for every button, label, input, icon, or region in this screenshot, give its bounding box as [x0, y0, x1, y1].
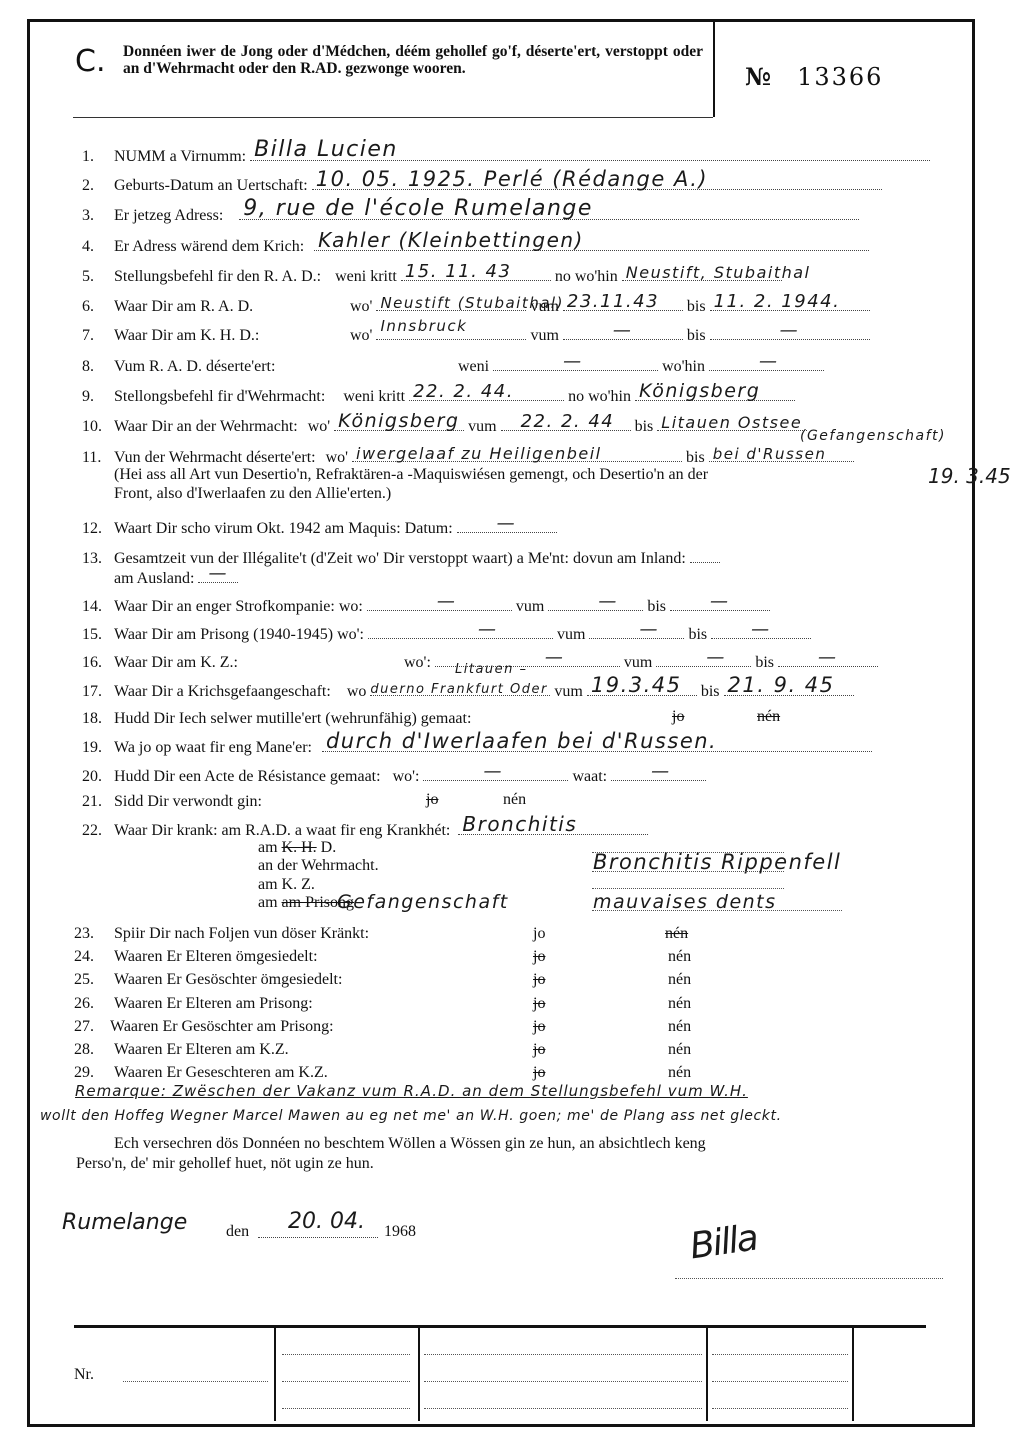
field-label: Er jetzeg Adress: — [114, 207, 223, 225]
field-label: Waaren Er Elteren ömgesiedelt: — [114, 948, 318, 965]
maquis-date-input[interactable]: — — [457, 518, 557, 533]
label-vum: vum — [516, 598, 544, 615]
handwritten-value: — — [483, 761, 503, 782]
field-label: Waar Dir am K. Z.: — [114, 654, 400, 672]
rad-order-date-input[interactable]: 15. 11. 43 — [401, 266, 551, 281]
wehrmacht-order-date-input[interactable]: 22. 2. 44. — [409, 386, 564, 401]
handwritten-value: Litauen Ostsee — [661, 413, 802, 432]
footer-cell[interactable] — [282, 1408, 410, 1409]
field-label: Gesamtzeit vun der Illégalite't (d'Zeit … — [114, 550, 686, 568]
label-wo: wo' — [326, 449, 348, 466]
rad-from-input[interactable]: 23.11.43 — [563, 296, 683, 311]
handwritten-value: 10. 05. 1925. Perlé (Rédange A.) — [316, 167, 708, 191]
field-label: Waaren Er Elteren am Prisong: — [114, 995, 313, 1012]
field-number: 4. — [82, 238, 114, 256]
year-label: 1968 — [384, 1223, 416, 1241]
handwritten-value: 20. 04. — [288, 1209, 365, 1234]
label-wo: wo' — [308, 418, 330, 435]
field-label: Waar Dir am K. H. D.: — [114, 327, 346, 345]
field-number: 5. — [82, 268, 114, 286]
field-label: am Ausland: — [114, 570, 194, 587]
khd-to-input[interactable]: — — [710, 325, 870, 340]
rad-destination-input[interactable]: Neustift, Stubaithal — [622, 266, 782, 281]
handwritten-value: — — [651, 761, 671, 782]
field-number: 3. — [82, 207, 114, 225]
place-signed[interactable]: Rumelange — [62, 1210, 187, 1235]
handwritten-value: — — [706, 647, 726, 668]
field-label: Waaren Er Gesöschter ömgesiedelt: — [114, 971, 342, 988]
footer-col-divider — [418, 1328, 420, 1421]
handwritten-value: Neustift, Stubaithal — [626, 263, 811, 282]
handwritten-value: — — [780, 320, 800, 341]
field-number: 6. — [82, 298, 114, 316]
handwritten-value: 22. 2. 44 — [521, 411, 615, 432]
handwritten-value: 23.11.43 — [567, 291, 659, 312]
section-letter: C. — [75, 44, 105, 79]
handwritten-value: duerno Frankfurt Oder — [370, 682, 547, 697]
khd-place-input[interactable]: Innsbruck — [376, 325, 526, 340]
penal-company-from-input[interactable]: — — [548, 596, 643, 611]
field-22: 22.Waar Dir krank: am R.A.D. a waat fir … — [82, 820, 648, 840]
footer-cell[interactable] — [424, 1408, 702, 1409]
field-label: Waar Dir am Prisong (1940-1945) — [114, 626, 333, 644]
desert-to-input[interactable]: bei d'Russen — [709, 447, 854, 462]
footer-col-divider — [706, 1328, 708, 1421]
kz-from-input[interactable]: — — [656, 652, 751, 667]
address-input[interactable]: 9, rue de l'école Rumelange — [239, 205, 859, 220]
label-wo: wo' — [350, 298, 372, 315]
nr-input[interactable] — [123, 1381, 268, 1382]
footer-cell[interactable] — [424, 1354, 702, 1355]
desert-place-input[interactable]: iwergelaaf zu Heiligenbeil — [352, 447, 682, 462]
field-label: Wa jo op waat fir eng Mane'er: — [114, 739, 312, 757]
label-wo: wo: — [339, 598, 363, 615]
handwritten-value: — — [751, 619, 771, 640]
field-7: 7.Waar Dir am K. H. D.: wo' Innsbruck vu… — [82, 325, 870, 345]
handwritten-value: — — [818, 647, 838, 668]
field-number: 20. — [82, 768, 114, 786]
option-jo-struck[interactable]: jo — [672, 708, 684, 726]
field-label: Waar Dir krank: am R.A.D. a waat fir eng… — [114, 822, 450, 840]
handwritten-value: Innsbruck — [380, 317, 467, 335]
prison-place-input[interactable]: — — [368, 624, 553, 639]
footer-cell[interactable] — [282, 1354, 410, 1355]
handwritten-annotation: (Gefangenschaft) — [800, 428, 946, 444]
label-weni: weni kritt — [343, 388, 405, 405]
field-number: 1. — [82, 148, 114, 166]
field-number: 13. — [82, 550, 114, 568]
footer-cell[interactable] — [712, 1381, 848, 1382]
option-nen[interactable]: nén — [668, 995, 691, 1013]
handwritten-value: 9, rue de l'école Rumelange — [243, 196, 593, 221]
label-bis: bis — [635, 418, 654, 435]
kz-to-input[interactable]: — — [778, 652, 878, 667]
field-number: 25. — [74, 971, 114, 989]
field-11-note-2: Front, also d'Iwerlaafen zu den Allie'er… — [114, 485, 391, 503]
label-waat: waat: — [572, 768, 607, 785]
handwritten-value: iwergelaaf zu Heiligenbeil — [356, 444, 602, 463]
rad-place-input[interactable]: Neustift (Stubaithal) — [376, 296, 526, 311]
handwritten-value: — — [497, 513, 517, 534]
option-jo-struck[interactable]: jo — [533, 1064, 545, 1082]
handwritten-annotation: Litauen – — [455, 662, 528, 677]
field-label: Waart Dir scho virum Okt. 1942 am Maquis… — [114, 520, 453, 538]
field-19: 19.Wa jo op waat fir eng Mane'er: durch … — [82, 737, 872, 757]
option-nen[interactable]: nén — [668, 971, 691, 989]
header-divider — [713, 22, 715, 117]
wehrmacht-to-input[interactable]: Litauen Ostsee — [657, 416, 807, 431]
handwritten-value: — — [613, 320, 633, 341]
field-number: 14. — [82, 598, 114, 616]
field-number: 10. — [82, 418, 114, 436]
yesno-23: 23.Spiir Dir nach Foljen vun döser Kränk… — [74, 925, 369, 943]
option-nen[interactable]: nén — [668, 1064, 691, 1082]
handwritten-value: — — [759, 351, 779, 372]
field-20: 20.Hudd Dir een Acte de Résistance gemaa… — [82, 766, 706, 786]
field-number: 17. — [82, 683, 114, 701]
option-jo-struck[interactable]: jo — [533, 948, 545, 966]
field-1: 1.NUMM a Virnumm: Billa Lucien — [82, 146, 930, 166]
handwritten-value: — — [437, 591, 457, 612]
handwritten-value: — — [208, 563, 228, 584]
den-label: den — [226, 1223, 249, 1241]
field-4: 4.Er Adress wärend dem Krich: Kahler (Kl… — [82, 236, 869, 256]
field-9: 9.Stellongsbefehl fir d'Wehrmacht: weni … — [82, 386, 795, 406]
label-bis: bis — [688, 626, 707, 643]
field-label: Waar Dir an der Wehrmacht: — [114, 418, 298, 436]
field-number: 12. — [82, 520, 114, 538]
field-number: 11. — [82, 449, 114, 467]
handwritten-value: — — [545, 647, 565, 668]
footer-col-divider — [852, 1328, 854, 1421]
field-label: Er Adress wärend dem Krich: — [114, 238, 304, 256]
handwritten-value: Königsberg — [639, 380, 760, 402]
wehrmacht-place-input[interactable]: Königsberg — [334, 416, 464, 431]
yesno-28: 28.Waaren Er Elteren am K.Z. — [74, 1041, 289, 1059]
field-number: 24. — [74, 948, 114, 966]
handwritten-value: — — [710, 591, 730, 612]
field-21: 21.Sidd Dir verwondt gin: — [82, 793, 262, 811]
nr-label: Nr. — [74, 1366, 94, 1384]
field-label: Stellongsbefehl fir d'Wehrmacht: — [114, 388, 325, 406]
field-number: 28. — [74, 1041, 114, 1059]
field-15: 15.Waar Dir am Prisong (1940-1945) wo': … — [82, 624, 811, 644]
handwritten-value: 19.3.45 — [591, 673, 682, 697]
field-label: Waaren Er Geseschteren am K.Z. — [114, 1064, 328, 1081]
label-bis: bis — [701, 683, 720, 700]
field-label: Waaren Er Gesöschter am Prisong: — [110, 1018, 334, 1035]
option-jo-struck[interactable]: jo — [533, 1041, 545, 1059]
field-17: 17.Waar Dir a Krichsgefaangeschaft: wo d… — [82, 681, 854, 701]
label-wo: wo': — [404, 654, 431, 671]
header-rule — [73, 117, 713, 118]
remark-line-1: Remarque: Zwëschen der Vakanz vum R.A.D.… — [75, 1082, 748, 1100]
label-wo: wo' — [350, 327, 372, 344]
date-input[interactable]: 20. 04. — [258, 1219, 378, 1238]
field-number: 19. — [82, 739, 114, 757]
field-label: Hudd Dir Iech selwer mutille'ert (wehrun… — [114, 710, 471, 728]
option-nen[interactable]: nén — [668, 948, 691, 966]
option-nen[interactable]: nén — [668, 1018, 691, 1036]
handwritten-value: Königsberg — [338, 410, 459, 432]
field-6: 6.Waar Dir am R. A. D. wo' Neustift (Stu… — [82, 296, 870, 316]
rad-desert-date-input[interactable]: — — [493, 356, 658, 371]
illness-sub-kz: am K. Z. — [258, 876, 315, 894]
remark-line-2: wollt den Hoffeg Wegner Marcel Mawen au … — [40, 1108, 782, 1124]
handwritten-value: — — [598, 591, 618, 612]
label-wo: wo': — [337, 626, 364, 643]
field-label: Hudd Dir een Acte de Résistance gemaat: — [114, 768, 381, 786]
field-label: Geburts-Datum an Uertschaft: — [114, 177, 308, 195]
handwritten-value: 21. 9. 45 — [728, 673, 835, 697]
field-number: 21. — [82, 793, 114, 811]
field-number: 9. — [82, 388, 114, 406]
prison-to-input[interactable]: — — [711, 624, 811, 639]
field-3: 3.Er jetzeg Adress: 9, rue de l'école Ru… — [82, 205, 859, 225]
field-2: 2.Geburts-Datum an Uertschaft: 10. 05. 1… — [82, 175, 882, 195]
field-number: 26. — [74, 995, 114, 1013]
label-wohin: no wo'hin — [568, 388, 631, 405]
resistance-place-input[interactable]: — — [423, 766, 568, 781]
option-nen-struck[interactable]: nén — [665, 925, 688, 943]
field-number: 16. — [82, 654, 114, 672]
field-label: Waaren Er Elteren am K.Z. — [114, 1041, 289, 1058]
illness-sub-wehrmacht: an der Wehrmacht. — [258, 857, 379, 875]
rad-desert-dest-input[interactable]: — — [709, 356, 824, 371]
option-jo-struck[interactable]: jo — [533, 1018, 545, 1036]
war-address-input[interactable]: Kahler (Kleinbettingen) — [314, 236, 869, 251]
pow-from-input[interactable]: 19.3.45 — [587, 681, 697, 696]
document-number-value: 13366 — [797, 63, 883, 91]
field-8: 8.Vum R. A. D. déserte'ert: weni — wo'hi… — [82, 356, 824, 376]
field-label: Sidd Dir verwondt gin: — [114, 793, 262, 811]
yesno-25: 25.Waaren Er Gesöschter ömgesiedelt: — [74, 971, 342, 989]
field-13-line-2: am Ausland: — — [114, 568, 238, 588]
label-wo: wo — [347, 683, 367, 700]
khd-from-input[interactable]: — — [563, 325, 683, 340]
handwritten-value: 22. 2. 44. — [413, 381, 514, 402]
label-bis: bis — [686, 449, 705, 466]
field-number: 18. — [82, 710, 114, 728]
illness-rad-input[interactable]: Bronchitis — [458, 820, 648, 835]
handwritten-value: — — [639, 619, 659, 640]
field-14: 14.Waar Dir an enger Strofkompanie: wo: … — [82, 596, 770, 616]
label-weni: weni — [458, 358, 489, 375]
name-input[interactable]: Billa Lucien — [250, 146, 930, 161]
wehrmacht-destination-input[interactable]: Königsberg — [635, 386, 795, 401]
illness-wehrmacht-line — [592, 871, 784, 872]
field-number: 2. — [82, 177, 114, 195]
option-jo-struck[interactable]: jo — [426, 791, 438, 809]
form-title: Donnéen iwer de Jong oder d'Médchen, déé… — [123, 43, 703, 77]
field-label: Spiir Dir nach Foljen vun döser Kränkt: — [114, 925, 369, 942]
label-bis: bis — [755, 654, 774, 671]
declaration-line-2: Perso'n, de' mir gehollef huet, nöt ugin… — [76, 1155, 374, 1173]
field-18: 18.Hudd Dir Iech selwer mutille'ert (weh… — [82, 710, 471, 728]
birth-input[interactable]: 10. 05. 1925. Perlé (Rédange A.) — [312, 175, 882, 190]
manner-input[interactable]: durch d'Iwerlaafen bei d'Russen. — [322, 737, 872, 752]
field-11-note: (Hei ass all Art vun Desertio'n, Refrakt… — [114, 466, 708, 484]
option-jo-struck[interactable]: jo — [533, 995, 545, 1013]
pow-place-input[interactable]: duerno Frankfurt Oder — [370, 681, 550, 696]
footer-cell[interactable] — [712, 1408, 848, 1409]
signature-line — [675, 1278, 943, 1279]
penal-company-to-input[interactable]: — — [670, 596, 770, 611]
option-jo-struck[interactable]: jo — [533, 971, 545, 989]
yesno-26: 26.Waaren Er Elteren am Prisong: — [74, 995, 313, 1013]
handwritten-value: durch d'Iwerlaafen bei d'Russen. — [326, 729, 717, 753]
footer-cell[interactable] — [282, 1381, 410, 1382]
label-bis: bis — [687, 298, 706, 315]
field-5: 5.Stellungsbefehl fir den R. A. D.: weni… — [82, 266, 782, 286]
label-bis: bis — [647, 598, 666, 615]
field-label: Waar Dir a Krichsgefaangeschaft: — [114, 683, 331, 701]
field-10: 10.Waar Dir an der Wehrmacht: wo' Königs… — [82, 416, 807, 436]
struck-text: K. H. — [282, 839, 317, 856]
field-number: 7. — [82, 327, 114, 345]
handwritten-value: Kahler (Kleinbettingen) — [318, 228, 584, 252]
handwritten-value: — — [563, 351, 583, 372]
field-12: 12.Waart Dir scho virum Okt. 1942 am Maq… — [82, 518, 557, 538]
option-nen-struck[interactable]: nén — [757, 708, 780, 726]
handwritten-value: 11. 2. 1944. — [714, 291, 841, 312]
illness-prison-inline: Gefangenschaft — [337, 891, 509, 913]
field-number: 22. — [82, 822, 114, 840]
yesno-29: 29.Waaren Er Geseschteren am K.Z. — [74, 1064, 328, 1082]
declaration-line-1: Ech versechren dös Donnéen no beschtem W… — [114, 1135, 706, 1153]
illness-prison-line — [592, 910, 842, 911]
resistance-what-input[interactable]: — — [611, 766, 706, 781]
field-label: Waar Dir an enger Strofkompanie: — [114, 598, 335, 616]
field-label: Vum R. A. D. déserte'ert: — [114, 358, 454, 376]
label-weni: weni kritt — [335, 268, 397, 285]
option-jo[interactable]: jo — [533, 925, 545, 943]
label-vum: vum — [624, 654, 652, 671]
document-number: №13366 — [745, 62, 883, 91]
field-label: Stellungsbefehl fir den R. A. D.: — [114, 268, 321, 286]
footer-col-divider — [274, 1328, 276, 1421]
field-number: 15. — [82, 626, 114, 644]
handwritten-value: 15. 11. 43 — [405, 261, 512, 282]
label-vum: vum — [530, 327, 558, 344]
handwritten-value: Bronchitis — [462, 812, 577, 836]
prison-from-input[interactable]: — — [589, 624, 684, 639]
label-vum: vum — [554, 683, 582, 700]
handwritten-value: Neustift (Stubaithal) — [380, 294, 564, 312]
label-vum: vum — [557, 626, 585, 643]
field-number: 8. — [82, 358, 114, 376]
handwritten-value: Billa Lucien — [254, 137, 398, 162]
field-label: Waar Dir am R. A. D. — [114, 298, 346, 316]
illness-sub-khd: am K. H. D. — [258, 839, 336, 857]
handwritten-value: — — [478, 619, 498, 640]
penal-company-place-input[interactable]: — — [367, 596, 512, 611]
abroad-input[interactable]: — — [198, 568, 238, 583]
field-label: Vun der Wehrmacht déserte'ert: — [114, 449, 316, 467]
option-nen[interactable]: nén — [503, 791, 526, 809]
field-13: 13.Gesamtzeit vun der Illégalite't (d'Ze… — [82, 548, 720, 568]
desertion-date[interactable]: 19. 3.45 — [928, 464, 1011, 488]
handwritten-value: bei d'Russen — [713, 445, 827, 463]
field-label: NUMM a Virnumm: — [114, 148, 246, 166]
pow-to-input[interactable]: 21. 9. 45 — [724, 681, 854, 696]
footer-cell[interactable] — [712, 1354, 848, 1355]
wehrmacht-from-input[interactable]: 22. 2. 44 — [501, 416, 631, 431]
field-number: 23. — [74, 925, 114, 943]
label-wo: wo': — [393, 768, 420, 785]
footer-cell[interactable] — [424, 1381, 702, 1382]
numero-symbol: № — [745, 62, 773, 91]
yesno-24: 24.Waaren Er Elteren ömgesiedelt: — [74, 948, 318, 966]
yesno-27: 27.Waaren Er Gesöschter am Prisong: — [74, 1018, 334, 1036]
label-wohin: no wo'hin — [555, 268, 618, 285]
field-number: 29. — [74, 1064, 114, 1082]
inland-input[interactable] — [690, 548, 720, 563]
label-wohin: wo'hin — [662, 358, 705, 375]
rad-to-input[interactable]: 11. 2. 1944. — [710, 296, 870, 311]
field-number: 27. — [74, 1018, 110, 1036]
illness-kz-input[interactable] — [592, 888, 784, 889]
footer-rule — [74, 1325, 926, 1328]
label-bis: bis — [687, 327, 706, 344]
label-vum: vum — [468, 418, 496, 435]
option-nen[interactable]: nén — [668, 1041, 691, 1059]
field-11: 11.Vun der Wehrmacht déserte'ert: wo' iw… — [82, 447, 854, 467]
